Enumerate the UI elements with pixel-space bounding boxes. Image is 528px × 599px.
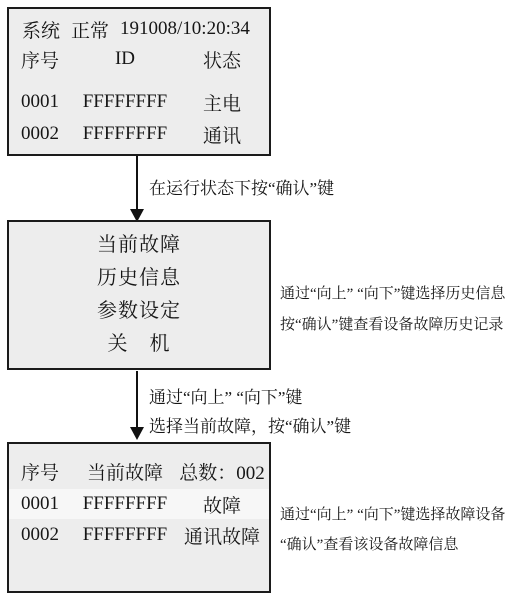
- arrow-head-icon: [130, 427, 144, 440]
- menu-item-parameter-setting: 参数设定: [97, 295, 181, 328]
- fault-screen-instruction: 通过“向上” “向下”键选择故障设备 “确认”查看该设备故障信息: [280, 500, 505, 560]
- cell-status: 主电: [175, 89, 269, 116]
- cell-status: 通讯故障: [175, 522, 269, 549]
- cell-seq: 0001: [9, 91, 75, 113]
- system-datetime: 191008/10:20:34: [120, 18, 250, 40]
- fault-screen-title: 当前故障: [75, 458, 175, 485]
- device-table-row: 0001 FFFFFFFF 主电: [9, 87, 269, 117]
- arrow-line: [136, 156, 138, 209]
- cell-id: FFFFFFFF: [75, 91, 175, 113]
- cell-status: 故障: [175, 491, 269, 518]
- column-header-seq: 序号: [9, 46, 75, 73]
- fault-table-header: 序号 当前故障 总数：002: [9, 456, 269, 486]
- screen-current-fault: 序号 当前故障 总数：002 0001 FFFFFFFF 故障 0002 FFF…: [7, 442, 271, 593]
- device-screen-flow-diagram: 系统 正常 191008/10:20:34 序号 ID 状态 0001 FFFF…: [0, 0, 528, 599]
- device-table-header: 序号 ID 状态: [9, 44, 269, 74]
- instruction-line: 通过“向上” “向下”键: [149, 383, 351, 412]
- fault-table-row: 0001 FFFFFFFF 故障: [9, 489, 269, 519]
- cell-id: FFFFFFFF: [75, 493, 175, 515]
- menu-item-current-fault: 当前故障: [97, 229, 181, 262]
- cell-id: FFFFFFFF: [75, 524, 175, 546]
- screen-main-menu: 当前故障 历史信息 参数设定 关 机: [7, 220, 271, 370]
- instruction-line: 按“确认”键查看设备故障历史记录: [280, 310, 505, 341]
- menu-item-shutdown: 关 机: [108, 328, 171, 361]
- arrow-line: [136, 371, 138, 427]
- system-status-value: 正常: [71, 16, 109, 43]
- cell-seq: 0002: [9, 123, 75, 145]
- instruction-line: 选择当前故障，按“确认”键: [149, 412, 351, 441]
- cell-status: 通讯: [175, 121, 269, 148]
- fault-total-count: 总数：002: [175, 458, 269, 485]
- arrow2-instruction: 通过“向上” “向下”键 选择当前故障，按“确认”键: [149, 383, 351, 441]
- menu-screen-instruction: 通过“向上” “向下”键选择历史信息 按“确认”键查看设备故障历史记录: [280, 279, 505, 341]
- device-table-row: 0002 FFFFFFFF 通讯: [9, 119, 269, 149]
- instruction-line: 通过“向上” “向下”键选择历史信息: [280, 279, 505, 310]
- column-header-seq: 序号: [9, 458, 75, 485]
- column-header-status: 状态: [175, 46, 269, 73]
- screen-system-status: 系统 正常 191008/10:20:34 序号 ID 状态 0001 FFFF…: [7, 7, 271, 156]
- system-label: 系统: [22, 16, 60, 43]
- column-header-id: ID: [75, 48, 175, 70]
- cell-seq: 0001: [9, 493, 75, 515]
- menu-list: 当前故障 历史信息 参数设定 关 机: [9, 229, 269, 361]
- arrow1-instruction: 在运行状态下按“确认”键: [149, 174, 334, 199]
- cell-id: FFFFFFFF: [75, 123, 175, 145]
- instruction-line: 通过“向上” “向下”键选择故障设备: [280, 500, 505, 530]
- instruction-line: “确认”查看该设备故障信息: [280, 530, 505, 560]
- fault-table-row: 0002 FFFFFFFF 通讯故障: [9, 520, 269, 550]
- menu-item-history-info: 历史信息: [97, 262, 181, 295]
- cell-seq: 0002: [9, 524, 75, 546]
- system-status-row: 系统 正常 191008/10:20:34: [9, 14, 269, 44]
